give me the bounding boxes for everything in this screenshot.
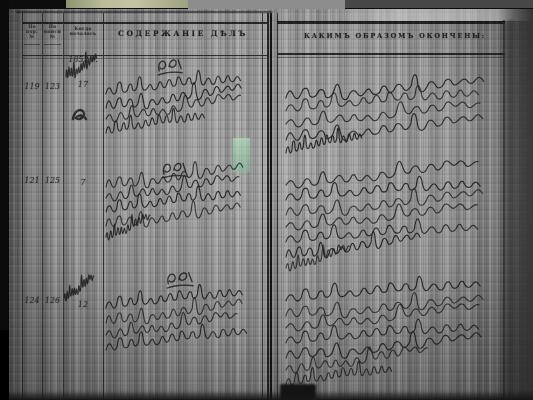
photo-bottom-edge (0, 391, 533, 400)
ledger-photo-screenshot: { "colors": { "page": "#a2a2a2", "ink": … (0, 0, 533, 400)
photo-corner-shadow (0, 330, 9, 400)
photo-top-gray-segment (188, 0, 345, 9)
scan-streak-overlay (0, 0, 533, 400)
photo-top-green-artifact (66, 0, 188, 8)
photo-right-shadow (500, 0, 533, 400)
photo-top-dark-segment (345, 0, 533, 8)
